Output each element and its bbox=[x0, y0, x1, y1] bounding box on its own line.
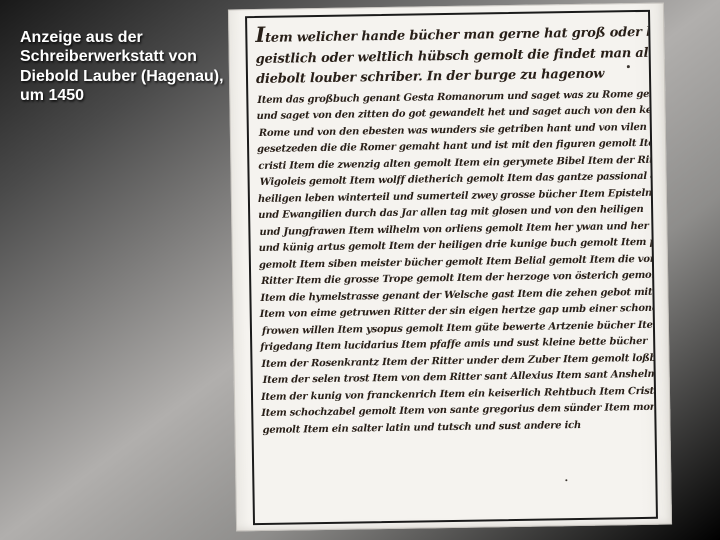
manuscript-photo: Item welicher hande bücher man gerne hat… bbox=[228, 3, 672, 532]
manuscript-frame: Item welicher hande bücher man gerne hat… bbox=[245, 10, 658, 525]
manuscript-text: Item welicher hande bücher man gerne hat… bbox=[247, 12, 656, 523]
photo-speck bbox=[565, 479, 567, 481]
slide-title-line: Anzeige aus der bbox=[20, 28, 224, 47]
slide-title-line: Diebold Lauber (Hagenau), bbox=[20, 67, 224, 86]
slide-title-line: um 1450 bbox=[20, 86, 224, 105]
manuscript-header: Item welicher hande bücher man gerne hat… bbox=[255, 19, 643, 91]
photo-speck bbox=[627, 65, 630, 68]
manuscript-body: Item das großbuch genant Gesta Romanorum… bbox=[256, 86, 648, 439]
slide-title-line: Schreiberwerkstatt von bbox=[20, 47, 224, 66]
slide-title: Anzeige aus der Schreiberwerkstatt von D… bbox=[20, 28, 224, 106]
slide: Anzeige aus der Schreiberwerkstatt von D… bbox=[0, 0, 720, 540]
